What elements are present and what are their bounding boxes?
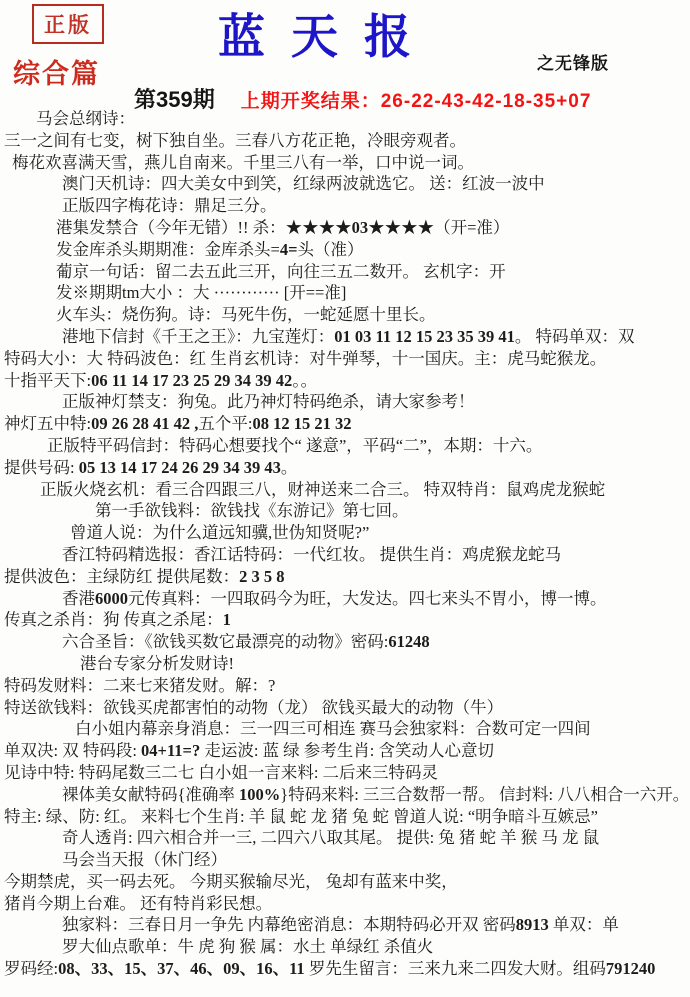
section-label: 综合篇 (13, 52, 100, 91)
text-line: 神灯五中特:09 26 28 41 42 ,五个平:08 12 15 21 32 (4, 413, 690, 435)
newspaper-page: 正版 蓝天报 之无锋版 综合篇 第359期 上期开奖结果：26-22-43-42… (0, 0, 690, 997)
edition-label: 之无锋版 (537, 49, 609, 74)
text-line: 港集发禁合（今年无错）!! 杀：★★★★03★★★★（开=准） (56, 217, 690, 239)
text-line: 曾道人说：为什么道远知骥,世伪知贤呢?” (70, 522, 690, 544)
text-line: 今期禁虎，买一码去死。 今期买猴输尽光， 兔却有蓝来中奖， (4, 871, 690, 893)
text-line: 传真之杀肖：狗 传真之杀尾：1 (4, 609, 690, 631)
text-line: 发金库杀头期期准：金库杀头=4=头（准） (56, 239, 690, 261)
text-line: 提供号码: 05 13 14 17 24 26 29 34 39 43。 (4, 457, 690, 479)
text-line: 香江特码精选报：香江话特码：一代红妆。 提供生肖：鸡虎猴龙蛇马 (62, 544, 690, 566)
text-line: 十指平天下:06 11 14 17 23 25 29 34 39 42。。 (4, 370, 690, 392)
text-line: 奇人透肖: 四六相合并一三, 二四六八取其尾。 提供: 兔 猪 蛇 羊 猴 马 … (62, 827, 690, 849)
text-line: 罗大仙点歌单：牛 虎 狗 猴 属：水土 单绿红 杀值火 (62, 936, 690, 958)
text-line: 罗码经:08、33、15、37、46、09、16、11 罗先生留言：三来九来二四… (4, 958, 690, 980)
text-line: 白小姐内幕亲身消息：三一四三可相连 赛马会独家料：合数可定一四间 (75, 718, 690, 740)
text-line: 独家料：三春日月一争先 内幕绝密消息：本期特码必开双 密码8913 单双：单 (62, 914, 690, 936)
text-line: 正版四字梅花诗：鼎足三分。 (62, 195, 690, 217)
text-line: 特码大小：大 特码波色：红 生肖玄机诗：对牛弹琴，十一国庆。主：虎马蛇猴龙。 (4, 348, 690, 370)
text-line: 正版神灯禁支：狗兔。此乃神灯特码绝杀，请大家参考！ (62, 391, 690, 413)
text-line: 港地下信封《千王之王》：九宝莲灯：01 03 11 12 15 23 35 39… (62, 326, 690, 348)
text-line: 提供波色：主绿防红 提供尾数：2 3 5 8 (4, 566, 690, 588)
text-line: 猪肖今期上台难。 还有特肖彩民想。 (4, 893, 690, 915)
text-line: 裸体美女献特码{准确率 100%}特码来料: 三三合数帮一帮。 信封料: 八八相… (62, 784, 690, 806)
text-line: 香港6000元传真料：一四取码今为旺，大发达。四七来头不胃小，博一博。 (62, 588, 690, 610)
text-line: 三一之间有七变，树下独自坐。三春八方花正艳，冷眼旁观者。 (4, 130, 690, 152)
text-line: 单双决: 双 特码段: 04+11=? 走运波: 蓝 绿 参考生肖: 含笑动人心… (4, 740, 690, 762)
text-line: 葡京一句话：留二去五此三开，向往三五二数开。 玄机字：开 (56, 261, 690, 283)
text-line: 正版火烧玄机：看三合四跟三八，财神送来二合三。 特双特肖：鼠鸡虎龙猴蛇 (40, 479, 690, 501)
text-line: 梅花欢喜满天雪，燕儿自南来。千里三八有一举，口中说一词。 (12, 152, 690, 174)
text-line: 马会当天报（休门经） (62, 849, 690, 871)
text-line: 特送欲钱料：欲钱买虎都害怕的动物（龙） 欲钱买最大的动物（牛） (4, 697, 690, 719)
text-line: 特码发财料：二来七来猪发财。解：? (4, 675, 690, 697)
text-line: 第一手欲钱料：欲钱找《东游记》第七回。 (95, 500, 690, 522)
text-line: 马会总纲诗： (36, 108, 690, 130)
text-line: 火车头：烧伤狗。诗：马死牛伤，一蛇延愿十里长。 (56, 304, 690, 326)
text-line: 特主: 绿、防: 红。 来料七个生肖: 羊 鼠 蛇 龙 猪 兔 蛇 曾道人说: … (4, 806, 690, 828)
text-line: 正版特平码信封：特码心想要找个“ 遂意”，平码“二”，本期：十六。 (47, 435, 690, 457)
text-line: 港台专家分析发财诗! (80, 653, 690, 675)
text-line: 见诗中特: 特码尾数三二七 白小姐一言来料: 二后来三特码灵 (4, 762, 690, 784)
text-line: 六合圣旨：《欲钱买数它最漂亮的动物》密码:61248 (62, 631, 690, 653)
body-lines: 马会总纲诗：三一之间有七变，树下独自坐。三春八方花正艳，冷眼旁观者。梅花欢喜满天… (0, 108, 690, 980)
text-line: 发※期期tm大小 ：大 ············ [开==准] (56, 282, 690, 304)
text-line: 澳门天机诗：四大美女中到笑，红绿两波就选它。 送：红波一波中 (62, 173, 690, 195)
